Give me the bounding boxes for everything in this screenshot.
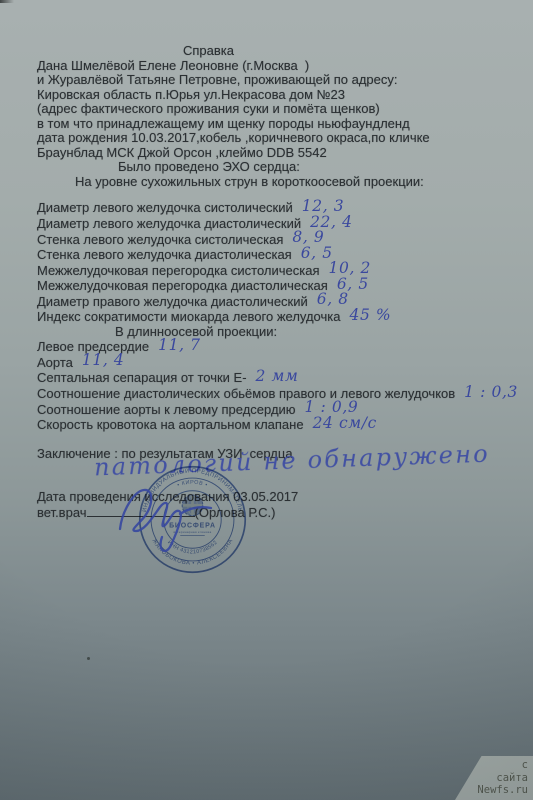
watermark-line: сайта — [455, 772, 528, 785]
parameter-row: Скорость кровотока на аортальном клапане… — [37, 417, 517, 433]
parameter-label: Аорта — [37, 355, 73, 370]
intro-line: в том что принадлежащему им щенку породы… — [37, 117, 517, 132]
parameter-label: Межжелудочковая перегородка диастолическ… — [37, 278, 328, 293]
parameter-value-handwritten: 11, 7 — [158, 336, 200, 354]
parameter-label: Соотношение аорты к левому предсердию — [37, 402, 296, 417]
parameter-label: Диаметр левого желудочка систолический — [37, 200, 293, 215]
intro-line: дата рождения 10.03.2017,кобель ,коричне… — [37, 131, 517, 146]
parameter-value-handwritten: 45 % — [349, 306, 391, 324]
watermark-text: с сайта Newfs.ru — [455, 759, 528, 797]
parameter-row: Соотношение аорты к левому предсердию1 :… — [37, 402, 517, 418]
parameter-label: Скорость кровотока на аортальном клапане — [37, 417, 304, 432]
photo-corner-shadow — [0, 0, 14, 3]
watermark-line: с — [455, 759, 528, 772]
parameter-value-handwritten: 1 : 0,3 — [464, 383, 518, 401]
parameter-label: Межжелудочковая перегородка систолическа… — [37, 263, 320, 278]
intro-line: (адрес фактического проживания суки и по… — [37, 102, 517, 117]
parameter-row: Септальная сепарация от точки Е-2 мм — [37, 370, 517, 386]
parameter-row: Диаметр правого желудочка диастолический… — [37, 294, 517, 310]
echo-header: Было проведено ЭХО сердца: — [118, 160, 517, 175]
parameter-row: Диаметр левого желудочка систолический12… — [37, 200, 517, 216]
parameter-label: Септальная сепарация от точки Е- — [37, 370, 247, 385]
parameter-label: Диаметр левого желудочка диастолический — [37, 216, 301, 231]
parameter-label: Индекс сократимости миокарда левого желу… — [37, 309, 340, 324]
intro-line: Браунблад МСК Джой Орсон ,клеймо DDB 554… — [37, 146, 517, 161]
parameter-label: Соотношение диастолических обьёмов право… — [37, 386, 455, 401]
certificate-title: Справка — [183, 44, 517, 59]
parameter-row: Индекс сократимости миокарда левого желу… — [37, 309, 517, 325]
parameter-label: Диаметр правого желудочка диастолический — [37, 294, 308, 309]
parameter-value-handwritten: 11, 4 — [82, 351, 124, 369]
parameter-value-handwritten: 6, 5 — [301, 244, 333, 262]
parameter-value-handwritten: 2 мм — [256, 367, 299, 385]
vet-doctor-line: вет.врач(Орлова Р.С.) — [37, 505, 517, 521]
document-photo: Справка Дана Шмелёвой Елене Леоновне (г.… — [0, 0, 533, 800]
long-axis-params: Левое предсердие11, 7 Аорта11, 4 Септаль… — [37, 339, 517, 432]
parameter-row: Стенка левого желудочка диастолическая6,… — [37, 247, 517, 263]
parameter-row: Межжелудочковая перегородка систолическа… — [37, 263, 517, 279]
parameter-row: Стенка левого желудочка систолическая8, … — [37, 232, 517, 248]
short-axis-header: На уровне сухожильных струн в короткоосе… — [75, 175, 517, 190]
parameter-row: Межжелудочковая перегородка диастолическ… — [37, 278, 517, 294]
intro-line: Дана Шмелёвой Елене Леоновне (г.Москва ) — [37, 59, 517, 74]
parameter-value-handwritten: 6, 8 — [317, 290, 349, 308]
intro-line: и Журавлёвой Татьяне Петровне, проживающ… — [37, 73, 517, 88]
watermark-line: Newfs.ru — [455, 784, 528, 797]
parameter-row: Соотношение диастолических обьёмов право… — [37, 386, 517, 402]
short-axis-params: Диаметр левого желудочка систолический12… — [37, 200, 517, 324]
intro-line: Кировская область п.Юрья ул.Некрасова до… — [37, 88, 517, 103]
photo-speck — [87, 657, 90, 660]
parameter-row: Диаметр левого желудочка диастолический2… — [37, 216, 517, 232]
vet-label: вет.врач — [37, 505, 87, 520]
vet-signature — [112, 477, 242, 557]
parameter-value-handwritten: 24 см/с — [313, 414, 377, 432]
study-date-line: Дата проведения исследования 03.05.2017 — [37, 490, 517, 505]
intro-block: Дана Шмелёвой Елене Леоновне (г.Москва )… — [37, 59, 517, 161]
parameter-label: Стенка левого желудочка диастолическая — [37, 247, 292, 262]
parameter-label: Стенка левого желудочка систолическая — [37, 232, 283, 247]
watermark-badge: с сайта Newfs.ru — [455, 756, 533, 800]
